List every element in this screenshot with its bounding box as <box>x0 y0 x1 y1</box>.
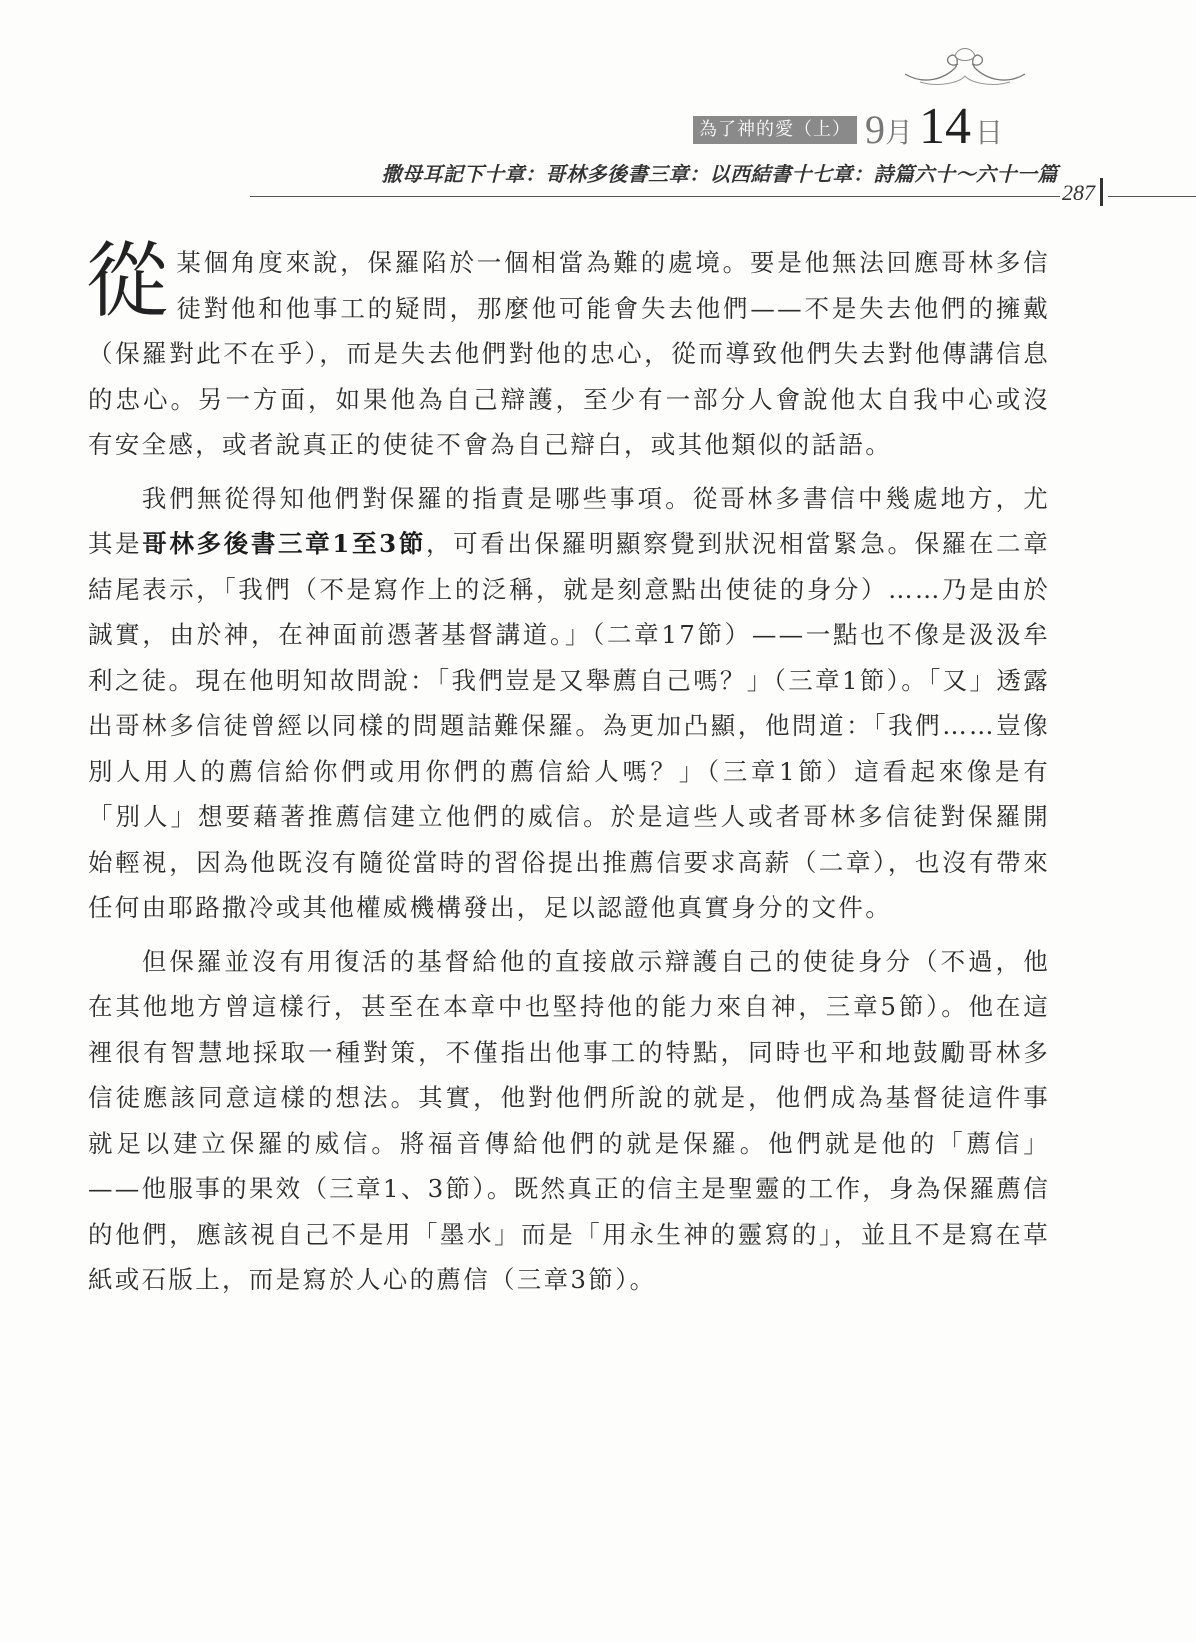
paragraph-3: 但保羅並沒有用復活的基督給他的直接啟示辯護自己的使徒身分（不過，他在其他地方曾這… <box>88 939 1050 1303</box>
page-number: 287 <box>1062 180 1095 206</box>
day-char: 日 <box>975 118 1003 150</box>
article-body: 從某個角度來說，保羅陷於一個相當為難的處境。要是他無法回應哥林多信徒對他和他事工… <box>88 240 1050 1303</box>
drop-cap: 從 <box>86 242 170 322</box>
decorative-flourish-icon <box>900 42 1030 92</box>
book-title-label: 為了神的愛（上） <box>693 116 857 144</box>
date-heading: 9 月 14 日 <box>865 104 1003 150</box>
paragraph-1-text: 某個角度來說，保羅陷於一個相當為難的處境。要是他無法回應哥林多信徒對他和他事工的… <box>88 248 1050 459</box>
header-divider <box>250 196 1060 197</box>
month-char: 月 <box>885 118 913 150</box>
paragraph-2-text-b: ，可看出保羅明顯察覺到狀況相當緊急。保羅在二章結尾表示，「我們（不是寫作上的泛稱… <box>88 529 1050 922</box>
month-number: 9 <box>865 110 885 150</box>
day-number: 14 <box>919 104 971 150</box>
scripture-reference-bold: 哥林多後書三章1至3節 <box>142 529 426 558</box>
header-divider-right <box>1108 196 1196 197</box>
page-number-bar <box>1100 178 1103 206</box>
paragraph-2: 我們無從得知他們對保羅的指責是哪些事項。從哥林多書信中幾處地方，尤其是哥林多後書… <box>88 476 1050 931</box>
paragraph-3-text: 但保羅並沒有用復活的基督給他的直接啟示辯護自己的使徒身分（不過，他在其他地方曾這… <box>88 947 1050 1295</box>
paragraph-1: 從某個角度來說，保羅陷於一個相當為難的處境。要是他無法回應哥林多信徒對他和他事工… <box>88 240 1050 468</box>
page-header: 為了神的愛（上） 9 月 14 日 <box>693 100 1003 150</box>
scripture-reading: 撒母耳記下十章：哥林多後書三章：以西結書十七章：詩篇六十～六十一篇 <box>268 158 1058 187</box>
